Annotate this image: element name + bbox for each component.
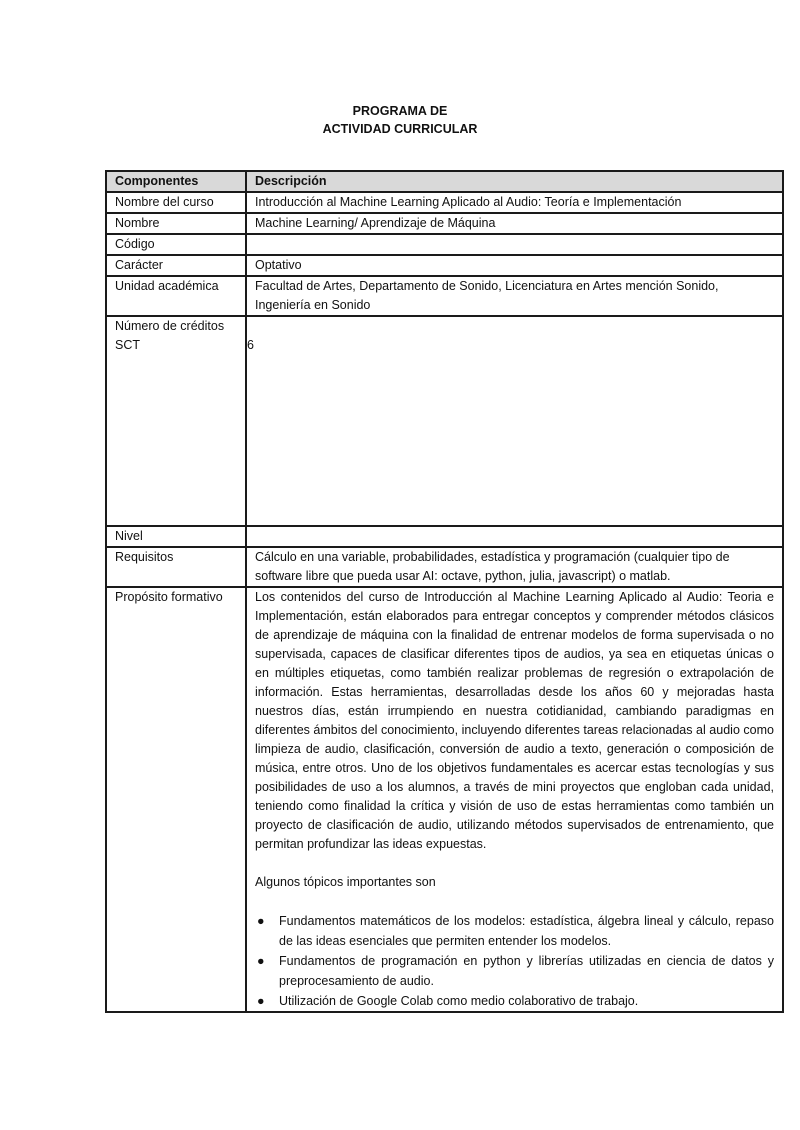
table-row: Código	[106, 234, 783, 255]
row-value	[246, 526, 783, 547]
table-row: Nombre del curso Introducción al Machine…	[106, 192, 783, 213]
title-line-1: PROGRAMA DE	[0, 102, 800, 120]
bullet-icon: ●	[257, 991, 265, 1011]
row-label: Nombre	[106, 213, 246, 234]
row-label: Carácter	[106, 255, 246, 276]
bullet-icon: ●	[257, 911, 265, 931]
sct-credits-value: 6	[247, 317, 774, 355]
row-label: Número de créditos SCT	[106, 316, 246, 526]
topic-text: Utilización de Google Colab como medio c…	[279, 994, 638, 1008]
row-value: Optativo	[246, 255, 783, 276]
table-row: Nombre Machine Learning/ Aprendizaje de …	[106, 213, 783, 234]
header-descripcion: Descripción	[246, 171, 783, 192]
title-line-2: ACTIVIDAD CURRICULAR	[0, 120, 800, 138]
row-value	[246, 234, 783, 255]
table-row: Nivel	[106, 526, 783, 547]
topics-list: ● Fundamentos matemáticos de los modelos…	[255, 911, 774, 1011]
topic-text: Fundamentos de programación en python y …	[279, 954, 774, 988]
row-label: Unidad académica	[106, 276, 246, 316]
row-label: Nivel	[106, 526, 246, 547]
list-item: ● Fundamentos matemáticos de los modelos…	[255, 911, 774, 951]
row-label: Propósito formativo	[106, 587, 246, 1012]
row-value: Los contenidos del curso de Introducción…	[246, 587, 783, 1012]
header-componentes: Componentes	[106, 171, 246, 192]
bullet-icon: ●	[257, 951, 265, 971]
row-value: 6	[246, 316, 783, 526]
curriculum-table: Componentes Descripción Nombre del curso…	[105, 170, 784, 1013]
table-row: Propósito formativo Los contenidos del c…	[106, 587, 783, 1012]
topic-text: Fundamentos matemáticos de los modelos: …	[279, 914, 774, 948]
row-value: Cálculo en una variable, probabilidades,…	[246, 547, 783, 587]
table-row: Carácter Optativo	[106, 255, 783, 276]
list-item: ● Fundamentos de programación en python …	[255, 951, 774, 991]
row-label: Código	[106, 234, 246, 255]
row-label: Requisitos	[106, 547, 246, 587]
row-value: Facultad de Artes, Departamento de Sonid…	[246, 276, 783, 316]
list-item: ● Utilización de Google Colab como medio…	[255, 991, 774, 1011]
row-value: Introducción al Machine Learning Aplicad…	[246, 192, 783, 213]
table-header-row: Componentes Descripción	[106, 171, 783, 192]
purpose-paragraph: Los contenidos del curso de Introducción…	[255, 588, 774, 854]
table-row: Número de créditos SCT 6	[106, 316, 783, 526]
row-label: Nombre del curso	[106, 192, 246, 213]
table-row: Unidad académica Facultad de Artes, Depa…	[106, 276, 783, 316]
topics-intro: Algunos tópicos importantes son	[255, 873, 774, 892]
table-row: Requisitos Cálculo en una variable, prob…	[106, 547, 783, 587]
row-value: Machine Learning/ Aprendizaje de Máquina	[246, 213, 783, 234]
document-title: PROGRAMA DE ACTIVIDAD CURRICULAR	[0, 102, 800, 138]
